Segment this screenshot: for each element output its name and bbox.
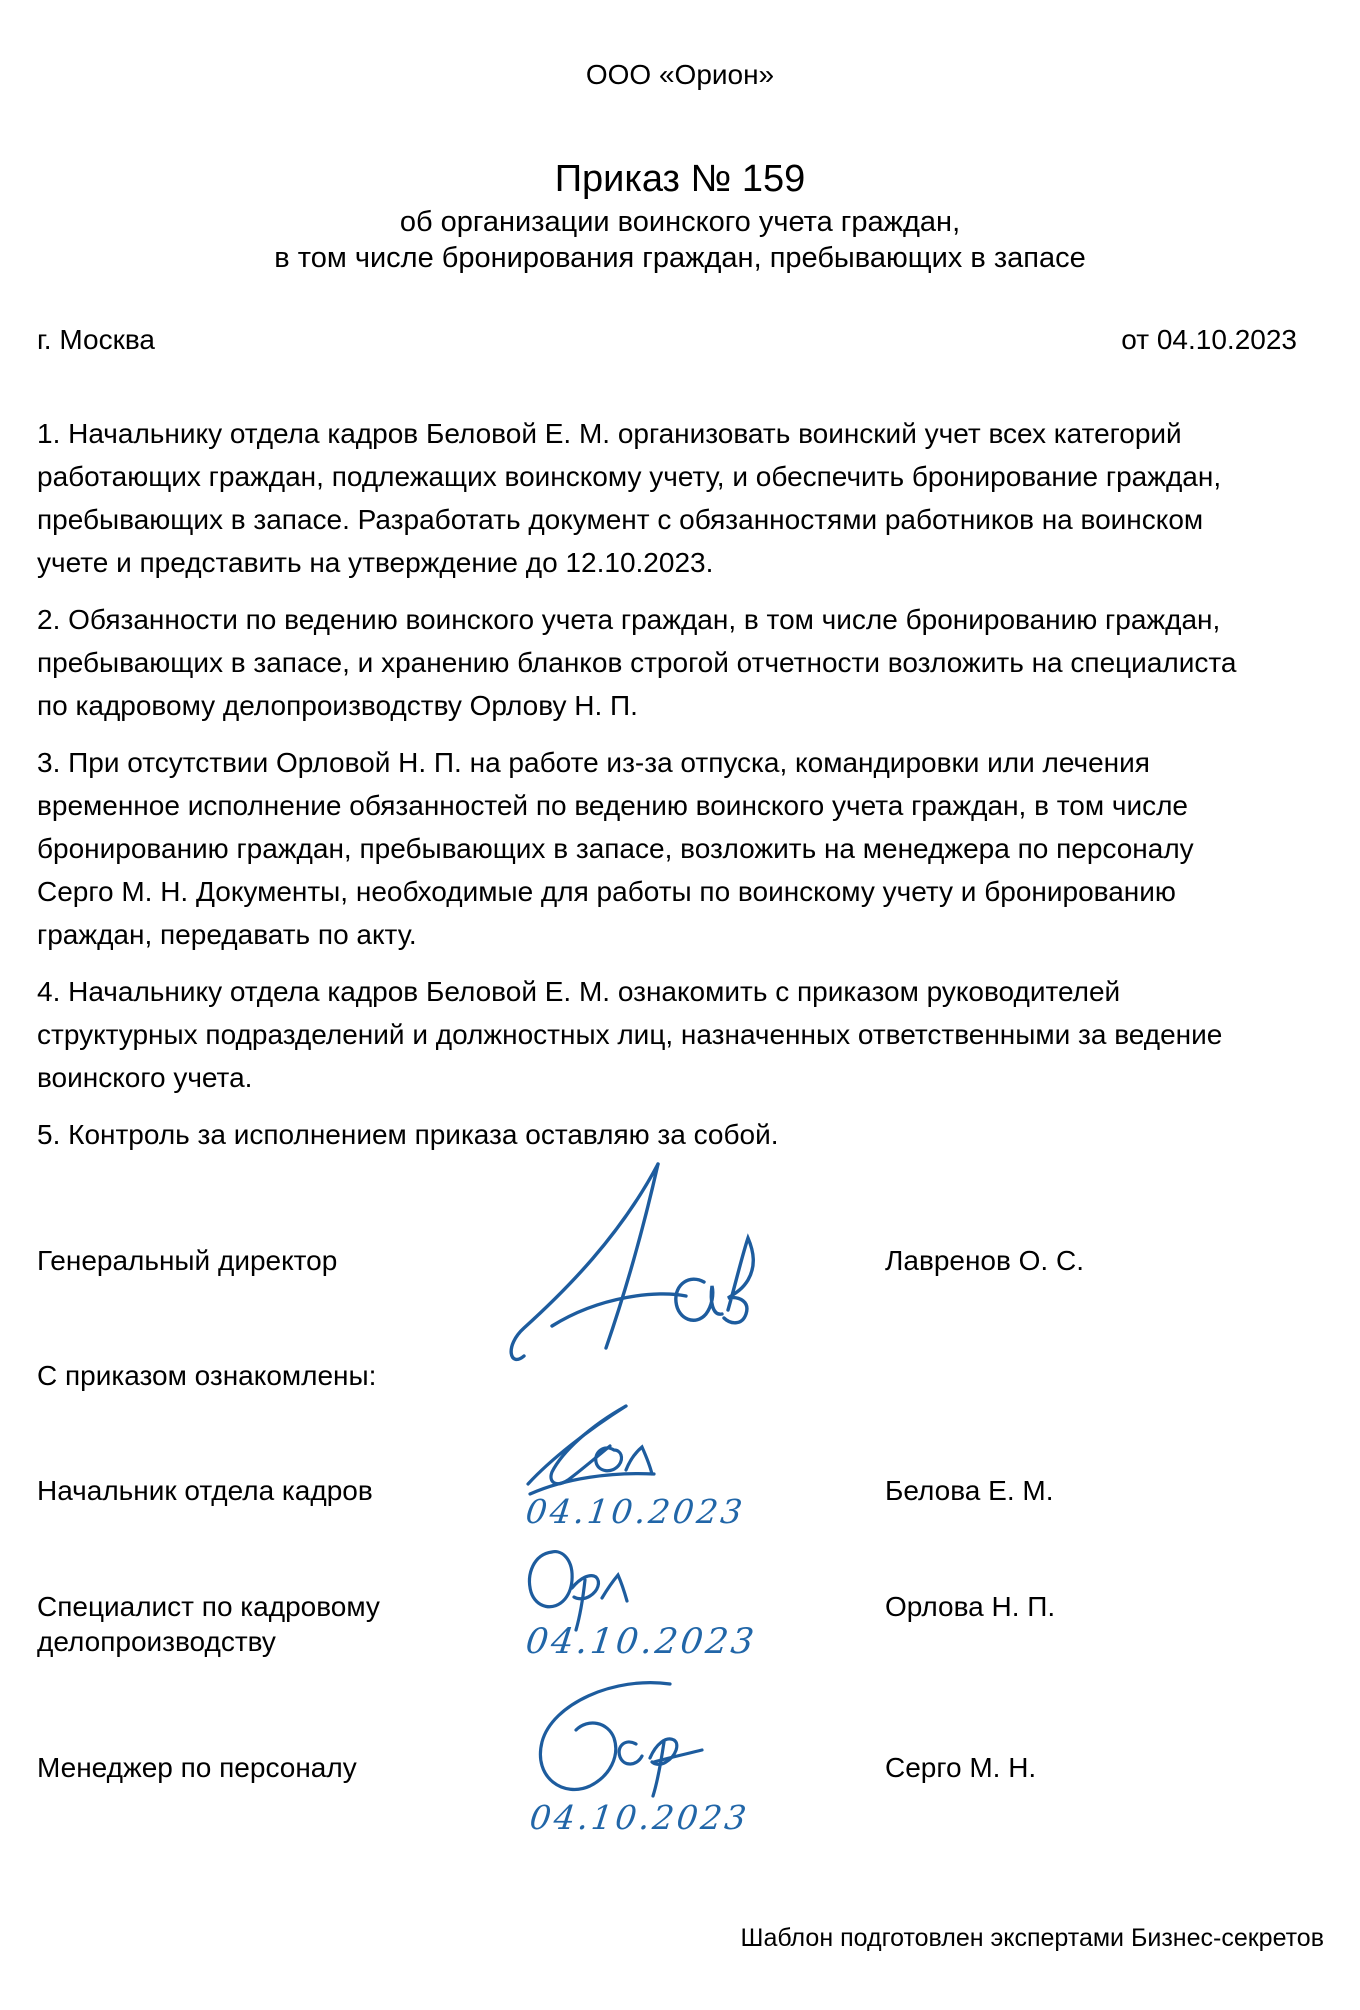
director-signature-image bbox=[508, 1150, 766, 1368]
signer-signature-image bbox=[518, 1676, 733, 1804]
order-item-4: 4. Начальнику отдела кадров Беловой Е. М… bbox=[37, 970, 1252, 1099]
document-date: от 04.10.2023 bbox=[1121, 324, 1297, 356]
document-subtitle-line1: об организации воинского учета граждан, bbox=[0, 204, 1360, 240]
order-item-3: 3. При отсутствии Орловой Н. П. на работ… bbox=[37, 741, 1252, 956]
order-body: 1. Начальнику отдела кадров Беловой Е. М… bbox=[37, 412, 1252, 1170]
signer-signature-image bbox=[522, 1400, 672, 1500]
signer-position-label: Начальник отдела кадров bbox=[37, 1473, 457, 1508]
signer-sign-date: 04.10.2023 bbox=[524, 1622, 759, 1662]
acknowledged-heading: С приказом ознакомлены: bbox=[37, 1360, 376, 1392]
document-title: Приказ № 159 bbox=[0, 156, 1360, 202]
signer-position-label: Менеджер по персоналу bbox=[37, 1750, 457, 1785]
director-position-label: Генеральный директор bbox=[37, 1243, 337, 1278]
document-city: г. Москва bbox=[37, 324, 155, 356]
signer-name: Серго М. Н. bbox=[885, 1750, 1036, 1785]
signer-name: Белова Е. М. bbox=[885, 1473, 1054, 1508]
signer-sign-date: 04.10.2023 bbox=[528, 1798, 752, 1837]
signer-signature-image bbox=[522, 1546, 634, 1634]
document-subtitle-line2: в том числе бронирования граждан, пребыв… bbox=[0, 240, 1360, 276]
organization-name: ООО «Орион» bbox=[0, 58, 1360, 92]
signer-position-label: Специалист по кадровому делопроизводству bbox=[37, 1589, 387, 1659]
director-name: Лавренов О. С. bbox=[885, 1243, 1084, 1278]
template-footer-note: Шаблон подготовлен экспертами Бизнес-сек… bbox=[741, 1924, 1324, 1953]
order-item-2: 2. Обязанности по ведению воинского учет… bbox=[37, 598, 1252, 727]
signer-name: Орлова Н. П. bbox=[885, 1589, 1055, 1624]
signer-sign-date: 04.10.2023 bbox=[524, 1492, 748, 1531]
order-document-page: ООО «Орион» Приказ № 159 об организации … bbox=[0, 0, 1360, 2010]
order-item-1: 1. Начальнику отдела кадров Беловой Е. М… bbox=[37, 412, 1252, 584]
